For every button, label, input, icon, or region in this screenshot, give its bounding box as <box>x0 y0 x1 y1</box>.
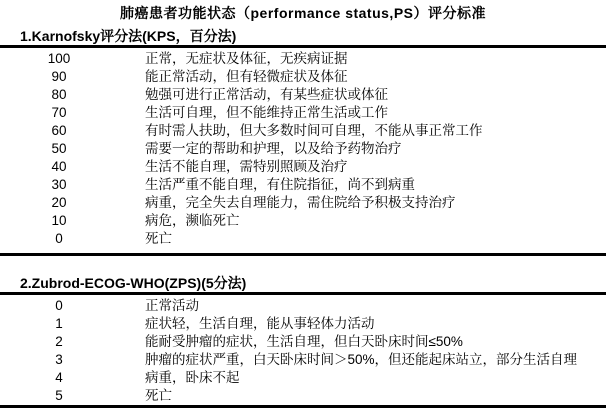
description-cell: 有时需人扶助，但大多数时间可自理，不能从事正常工作 <box>118 122 606 140</box>
description-cell: 正常活动 <box>118 297 606 315</box>
score-cell: 30 <box>0 176 118 194</box>
table-row: 40生活不能自理，需特别照顾及治疗 <box>0 158 606 176</box>
score-cell: 0 <box>0 230 118 248</box>
description-cell: 病重，卧床不起 <box>118 369 606 387</box>
description-cell: 生活严重不能自理，有住院指征，尚不到病重 <box>118 176 606 194</box>
table-row: 80勉强可进行正常活动，有某些症状或体征 <box>0 86 606 104</box>
description-cell: 能正常活动，但有轻微症状及体征 <box>118 68 606 86</box>
score-cell: 4 <box>0 369 118 387</box>
table-row: 50需要一定的帮助和护理，以及给予药物治疗 <box>0 140 606 158</box>
zubrod-table: 0正常活动1症状轻，生活自理，能从事轻体力活动2能耐受肿瘤的症状，生活自理，但白… <box>0 295 606 405</box>
description-cell: 死亡 <box>118 230 606 248</box>
karnofsky-section-heading: 1.Karnofsky评分法(KPS，百分法) <box>0 27 606 45</box>
divider-line-bottom-karnofsky <box>0 253 606 256</box>
description-cell: 生活不能自理，需特别照顾及治疗 <box>118 158 606 176</box>
score-cell: 40 <box>0 158 118 176</box>
score-cell: 2 <box>0 333 118 351</box>
description-cell: 肿瘤的症状严重，白天卧床时间＞50%，但还能起床站立，部分生活自理 <box>118 351 606 369</box>
score-cell: 80 <box>0 86 118 104</box>
score-cell: 90 <box>0 68 118 86</box>
table-row: 90能正常活动，但有轻微症状及体征 <box>0 68 606 86</box>
description-cell: 能耐受肿瘤的症状，生活自理，但白天卧床时间≤50% <box>118 333 606 351</box>
score-cell: 20 <box>0 194 118 212</box>
table-row: 0死亡 <box>0 230 606 248</box>
table-row: 4病重，卧床不起 <box>0 369 606 387</box>
table-row: 0正常活动 <box>0 297 606 315</box>
table-row: 30生活严重不能自理，有住院指征，尚不到病重 <box>0 176 606 194</box>
score-cell: 60 <box>0 122 118 140</box>
score-cell: 0 <box>0 297 118 315</box>
description-cell: 病重，完全失去自理能力，需住院给予积极支持治疗 <box>118 194 606 212</box>
description-cell: 勉强可进行正常活动，有某些症状或体征 <box>118 86 606 104</box>
description-cell: 正常，无症状及体征，无疾病证据 <box>118 50 606 68</box>
document-title: 肺癌患者功能状态（performance status,PS）评分标准 <box>0 0 606 22</box>
score-cell: 100 <box>0 50 118 68</box>
table-row: 70生活可自理，但不能维持正常生活或工作 <box>0 104 606 122</box>
description-cell: 死亡 <box>118 387 606 405</box>
table-row: 5死亡 <box>0 387 606 405</box>
score-cell: 5 <box>0 387 118 405</box>
table-row: 20病重，完全失去自理能力，需住院给予积极支持治疗 <box>0 194 606 212</box>
score-cell: 1 <box>0 315 118 333</box>
score-cell: 10 <box>0 212 118 230</box>
zubrod-section-heading: 2.Zubrod-ECOG-WHO(ZPS)(5分法) <box>0 274 606 292</box>
document-page: 肺癌患者功能状态（performance status,PS）评分标准 1.Ka… <box>0 0 606 408</box>
table-row: 10病危，濒临死亡 <box>0 212 606 230</box>
table-row: 1症状轻，生活自理，能从事轻体力活动 <box>0 315 606 333</box>
karnofsky-section: 1.Karnofsky评分法(KPS，百分法) 100正常，无症状及体征，无疾病… <box>0 27 606 256</box>
score-cell: 70 <box>0 104 118 122</box>
description-cell: 病危，濒临死亡 <box>118 212 606 230</box>
karnofsky-table: 100正常，无症状及体征，无疾病证据90能正常活动，但有轻微症状及体征80勉强可… <box>0 48 606 253</box>
description-cell: 需要一定的帮助和护理，以及给予药物治疗 <box>118 140 606 158</box>
description-cell: 生活可自理，但不能维持正常生活或工作 <box>118 104 606 122</box>
table-row: 2能耐受肿瘤的症状，生活自理，但白天卧床时间≤50% <box>0 333 606 351</box>
table-row: 100正常，无症状及体征，无疾病证据 <box>0 50 606 68</box>
table-row: 3肿瘤的症状严重，白天卧床时间＞50%，但还能起床站立，部分生活自理 <box>0 351 606 369</box>
score-cell: 3 <box>0 351 118 369</box>
table-row: 60有时需人扶助，但大多数时间可自理，不能从事正常工作 <box>0 122 606 140</box>
score-cell: 50 <box>0 140 118 158</box>
description-cell: 症状轻，生活自理，能从事轻体力活动 <box>118 315 606 333</box>
zubrod-section: 2.Zubrod-ECOG-WHO(ZPS)(5分法) 0正常活动1症状轻，生活… <box>0 274 606 408</box>
